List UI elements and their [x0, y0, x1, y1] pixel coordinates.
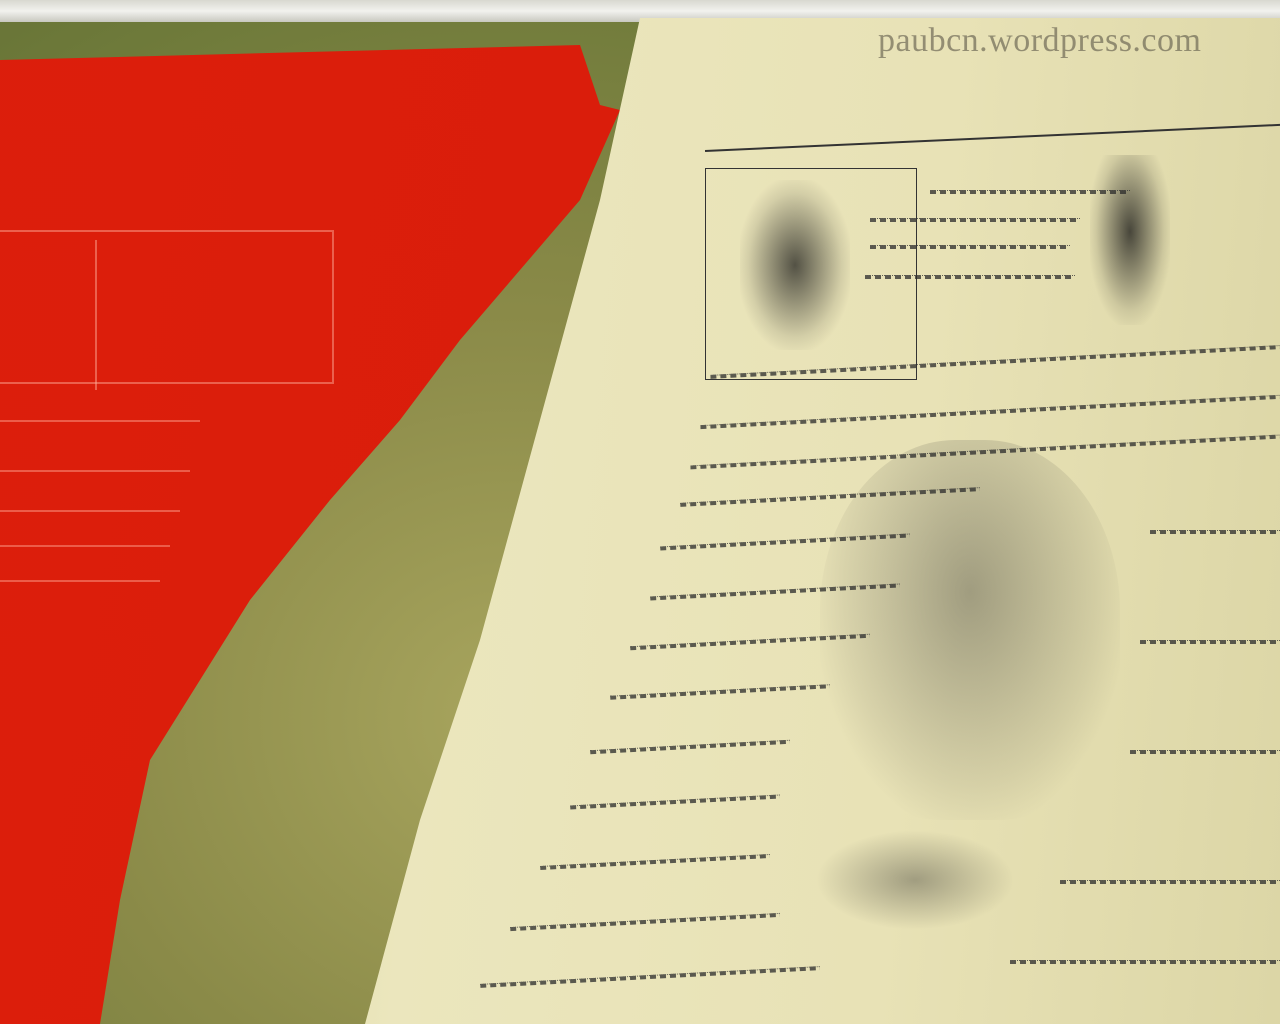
red-flag-text-line	[0, 470, 190, 472]
red-flag-text-line	[0, 510, 180, 512]
tibetan-text-line	[1140, 640, 1280, 644]
tibetan-text-line	[1150, 530, 1280, 534]
flame-illustration	[740, 180, 850, 350]
tibetan-text-line	[865, 275, 1075, 279]
red-flag-print-box	[95, 240, 332, 390]
tibetan-text-line	[1060, 880, 1280, 884]
watermark: paubcn.wordpress.com	[878, 22, 1201, 60]
tibetan-text-line	[930, 190, 1130, 194]
red-flag-text-line	[0, 580, 160, 582]
lotus-illustration	[815, 830, 1015, 930]
tibetan-text-line	[1010, 960, 1280, 964]
wheel-illustration	[1090, 155, 1170, 325]
tibetan-text-line	[870, 245, 1070, 249]
tibetan-text-line	[1130, 750, 1280, 754]
red-flag-text-line	[0, 420, 200, 422]
red-flag-text-line	[0, 545, 170, 547]
tibetan-text-line	[870, 218, 1080, 222]
